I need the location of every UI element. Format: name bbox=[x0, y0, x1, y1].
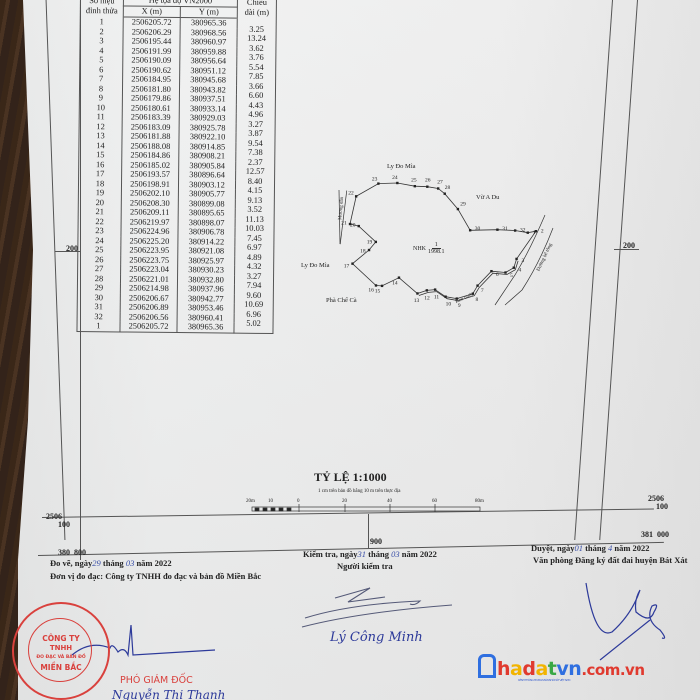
deputy-name: Nguyễn Thị Thanh bbox=[112, 688, 225, 700]
logo-domain: .com.vn bbox=[581, 661, 644, 679]
stamp-line4: MIỀN BẮC bbox=[14, 663, 108, 672]
checker-name: Lý Công Minh bbox=[330, 630, 423, 645]
signatures bbox=[0, 0, 700, 700]
stamp-line3: ĐO ĐẠC VÀ BẢN ĐỒ bbox=[14, 655, 108, 660]
logo-tagline: KÊNH THÔNG TIN MUA BÁN NHÀ ĐẤT VIỆT NAM bbox=[518, 678, 638, 682]
stamp-line2: TNHH bbox=[14, 644, 108, 652]
approver-signature bbox=[586, 583, 665, 660]
deputy-title: PHÓ GIÁM ĐỐC bbox=[120, 675, 193, 686]
house-icon bbox=[478, 654, 496, 678]
watermark-logo: hadatvn.com.vn KÊNH THÔNG TIN MUA BÁN NH… bbox=[478, 654, 645, 680]
company-stamp: CÔNG TY TNHH ĐO ĐẠC VÀ BẢN ĐỒ MIỀN BẮC bbox=[12, 602, 110, 700]
logo-brand: hadatvn bbox=[497, 658, 581, 680]
checker-signature bbox=[302, 588, 452, 627]
stamp-line1: CÔNG TY bbox=[14, 634, 108, 643]
